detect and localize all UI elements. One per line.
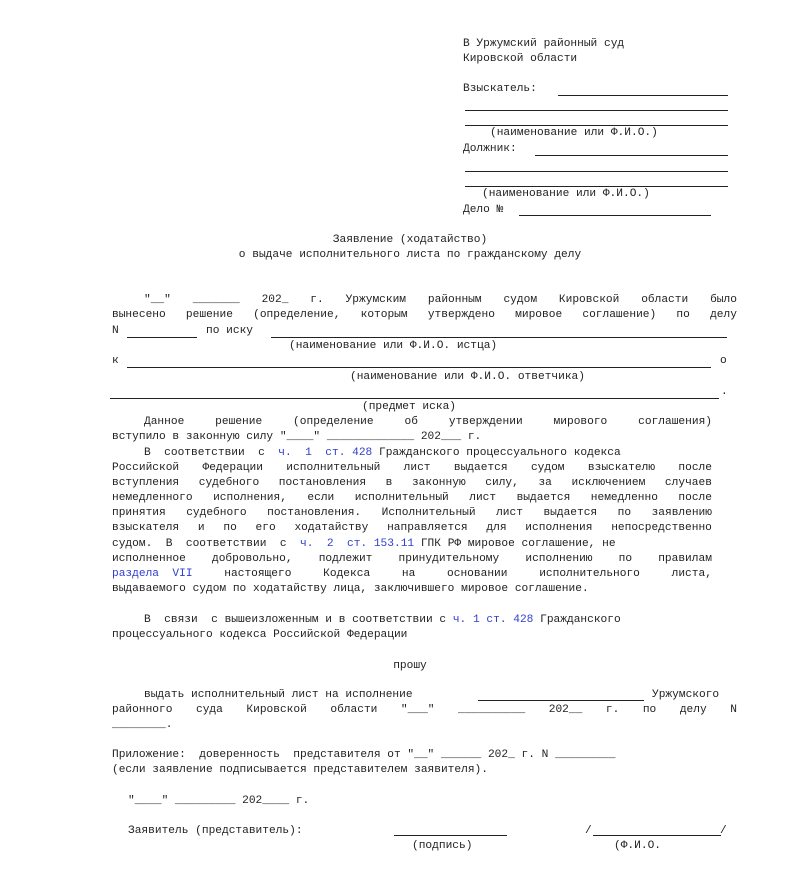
full-name-field[interactable] <box>593 835 721 836</box>
word: решение <box>186 308 233 324</box>
word: вынесено <box>112 308 166 324</box>
word: N <box>730 703 737 719</box>
word: за <box>538 476 551 492</box>
case-number-label: Дело № <box>463 203 503 218</box>
case-n-label: N <box>112 324 119 339</box>
word: исполнительного <box>539 567 640 583</box>
word: исполнению <box>525 552 592 568</box>
link-section-vii[interactable]: раздела VII <box>112 567 193 583</box>
p4-line1: В связи с вышеизложенным и в соответстви… <box>144 613 621 628</box>
slash-right: / <box>720 824 727 839</box>
word: утверждено <box>428 308 495 324</box>
word: добровольно, <box>212 552 293 568</box>
word: выдается <box>454 461 508 477</box>
p5-line2: районного суда Кировской области "___" _… <box>112 703 737 719</box>
applicant-label: Заявитель (представитель): <box>128 824 303 839</box>
word: Российской <box>112 461 179 477</box>
word: выдается <box>543 506 597 522</box>
word: силу, <box>485 476 519 492</box>
defendant-field[interactable] <box>127 367 711 368</box>
month-field[interactable]: _______ <box>193 293 240 309</box>
p3-line8: исполненное добровольно, подлежит принуд… <box>112 552 712 568</box>
case-number-inline-field[interactable] <box>127 337 197 338</box>
signature-field[interactable] <box>394 835 507 836</box>
word: немедленно <box>591 491 658 507</box>
word: и <box>198 521 205 537</box>
year-field[interactable]: 202__ <box>549 703 583 719</box>
execution-subject-field[interactable] <box>478 700 644 701</box>
attachment-line2: (если заявление подписывается представит… <box>112 763 488 778</box>
word: исполнительный <box>286 461 380 477</box>
link-article-428[interactable]: ч. 1 ст. 428 <box>278 447 372 459</box>
p3-line10: выдаваемого судом по ходатайству лица, з… <box>112 582 589 597</box>
claim-subject-caption: (предмет иска) <box>362 400 456 415</box>
claimant-field-1[interactable] <box>558 95 728 96</box>
p4-line2: процессуального кодекса Российской Федер… <box>112 628 407 643</box>
word: районного <box>112 703 172 719</box>
p5-line1-end: Уржумского <box>652 688 719 703</box>
word: области <box>330 703 377 719</box>
word: утверждении <box>449 415 523 431</box>
word: для <box>486 521 506 537</box>
p3-line7: судом. В соответствии с ч. 2 ст. 153.11 … <box>112 537 616 552</box>
word: на <box>402 567 415 583</box>
po-isku-label: по иску <box>206 324 253 339</box>
word: (определение, <box>253 308 340 324</box>
word: выдается <box>517 491 571 507</box>
word: основании <box>447 567 507 583</box>
defendant-caption: (наименование или Ф.И.О. ответчика) <box>350 370 585 385</box>
p2-line1: Данное решение (определение об утвержден… <box>144 415 712 431</box>
word: судом <box>531 461 565 477</box>
word: его <box>256 521 276 537</box>
debtor-caption: (наименование или Ф.И.О.) <box>482 187 650 202</box>
word: если <box>307 491 334 507</box>
word: Данное <box>144 415 184 431</box>
word: исполнения, <box>213 491 287 507</box>
p3-line2: Российской Федерации исполнительный лист… <box>112 461 712 477</box>
word: делу <box>710 308 737 324</box>
word: исполненное <box>112 552 186 568</box>
word: судом <box>503 293 537 309</box>
word: после <box>678 491 712 507</box>
word: направляется <box>387 521 468 537</box>
word: было <box>710 293 737 309</box>
word: исполнения <box>525 521 592 537</box>
debtor-field-2[interactable] <box>465 171 728 172</box>
word: Кировской <box>246 703 306 719</box>
word: законную <box>412 476 466 492</box>
p3-line5: принятия судебного постановления. Исполн… <box>112 506 712 522</box>
word: заявлению <box>652 506 712 522</box>
text: Гражданского процессуального кодекса <box>372 447 620 459</box>
word: мирового <box>554 415 608 431</box>
word: судебного <box>186 506 246 522</box>
word: которым <box>361 308 408 324</box>
full-name-caption: (Ф.И.О. <box>614 839 661 854</box>
text: Гражданского <box>533 614 620 626</box>
word: случаев <box>665 476 712 492</box>
word: г. <box>606 703 619 719</box>
word: (определение <box>293 415 374 431</box>
p3-line3: вступления судебного постановления в зак… <box>112 476 712 492</box>
word: по <box>643 703 656 719</box>
word: мировое <box>515 308 562 324</box>
claimant-caption: (наименование или Ф.И.О.) <box>490 126 658 141</box>
word: соглашения) <box>638 415 712 431</box>
word: по <box>676 308 689 324</box>
word: постановления. <box>267 506 361 522</box>
word: немедленного <box>112 491 193 507</box>
claimant-label: Взыскатель: <box>463 82 537 97</box>
word: принудительному <box>399 552 500 568</box>
text: В связи с вышеизложенным и в соответстви… <box>144 614 453 626</box>
word: непосредственно <box>611 521 712 537</box>
court-name-line1: В Уржумский районный суд <box>463 37 624 52</box>
word: по <box>619 552 632 568</box>
text: судом. В соответствии с <box>112 538 300 550</box>
debtor-field-1[interactable] <box>535 155 728 156</box>
claimant-field-2[interactable] <box>465 110 728 111</box>
p3-line4: немедленного исполнения, если исполнител… <box>112 491 712 507</box>
p1-line2: вынесено решение (определение, которым у… <box>112 308 737 324</box>
word: исполнительный <box>355 491 449 507</box>
month-field[interactable]: __________ <box>458 703 525 719</box>
application-date-field[interactable]: "____" _________ 202____ г. <box>128 794 309 809</box>
link-article-428-2[interactable]: ч. 1 ст. 428 <box>453 614 534 626</box>
o-label: о <box>720 354 727 369</box>
plaintiff-caption: (наименование или Ф.И.О. истца) <box>289 339 497 354</box>
year-field[interactable]: 202_ <box>262 293 289 309</box>
k-label: к <box>112 354 119 369</box>
word: Исполнительный <box>382 506 476 522</box>
word: г. <box>310 293 323 309</box>
word: судебного <box>199 476 259 492</box>
slash-left: / <box>585 824 592 839</box>
word: ходатайству <box>294 521 368 537</box>
word: подлежит <box>319 552 373 568</box>
word: взыскателя <box>112 521 179 537</box>
word: районным <box>428 293 482 309</box>
word: делу <box>680 703 707 719</box>
plaintiff-field[interactable] <box>271 337 727 338</box>
text: ГПК РФ мировое соглашение, не <box>414 538 615 550</box>
word: лист <box>496 506 523 522</box>
p2-line2: вступило в законную силу "____" ________… <box>112 430 481 445</box>
word: по <box>618 506 631 522</box>
word: взыскателю <box>588 461 655 477</box>
claim-subject-field[interactable] <box>110 398 719 399</box>
text: В соответствии с <box>144 447 278 459</box>
word: постановления <box>279 476 366 492</box>
p3-line6: взыскателя и по его ходатайству направля… <box>112 521 712 537</box>
word: области <box>641 293 688 309</box>
case-number-request-field[interactable]: ________. <box>112 718 172 733</box>
case-number-field[interactable] <box>519 215 711 216</box>
document-subtitle: о выдаче исполнительного листа по гражда… <box>0 248 788 263</box>
day-field[interactable]: "___" <box>401 703 435 719</box>
document-title: Заявление (ходатайство) <box>0 233 788 248</box>
word: решение <box>215 415 262 431</box>
p3-line9: раздела VII настоящего Кодекса на основа… <box>112 567 712 583</box>
word: в <box>386 476 393 492</box>
word: лист <box>469 491 496 507</box>
word: настоящего <box>224 567 291 583</box>
word: Федерации <box>203 461 263 477</box>
word: Кодекса <box>323 567 370 583</box>
day-field[interactable]: "__" <box>144 293 171 309</box>
debtor-label: Должник: <box>463 142 517 157</box>
p3-line1: В соответствии с ч. 1 ст. 428 Гражданско… <box>144 446 621 461</box>
request-heading: прошу <box>0 659 788 674</box>
word: принятия <box>112 506 166 522</box>
word: соглашение) <box>582 308 656 324</box>
word: Уржумским <box>346 293 406 309</box>
word: вступления <box>112 476 179 492</box>
court-name-line2: Кировской области <box>463 52 577 67</box>
word: Кировской <box>559 293 619 309</box>
word: лист <box>404 461 431 477</box>
attachment-line1: Приложение: доверенность представителя о… <box>112 748 616 763</box>
word: листа, <box>672 567 712 583</box>
signature-caption: (подпись) <box>412 839 472 854</box>
word: суда <box>196 703 223 719</box>
word: после <box>678 461 712 477</box>
p5-line1-text: выдать исполнительный лист на исполнение <box>144 688 413 703</box>
word: правилам <box>658 552 712 568</box>
p1-line1: "__" _______ 202_ г. Уржумским районным … <box>144 293 737 309</box>
word: об <box>405 415 418 431</box>
word: по <box>223 521 236 537</box>
word: исключением <box>571 476 645 492</box>
period: . <box>721 385 728 400</box>
link-article-153-11[interactable]: ч. 2 ст. 153.11 <box>300 538 414 550</box>
